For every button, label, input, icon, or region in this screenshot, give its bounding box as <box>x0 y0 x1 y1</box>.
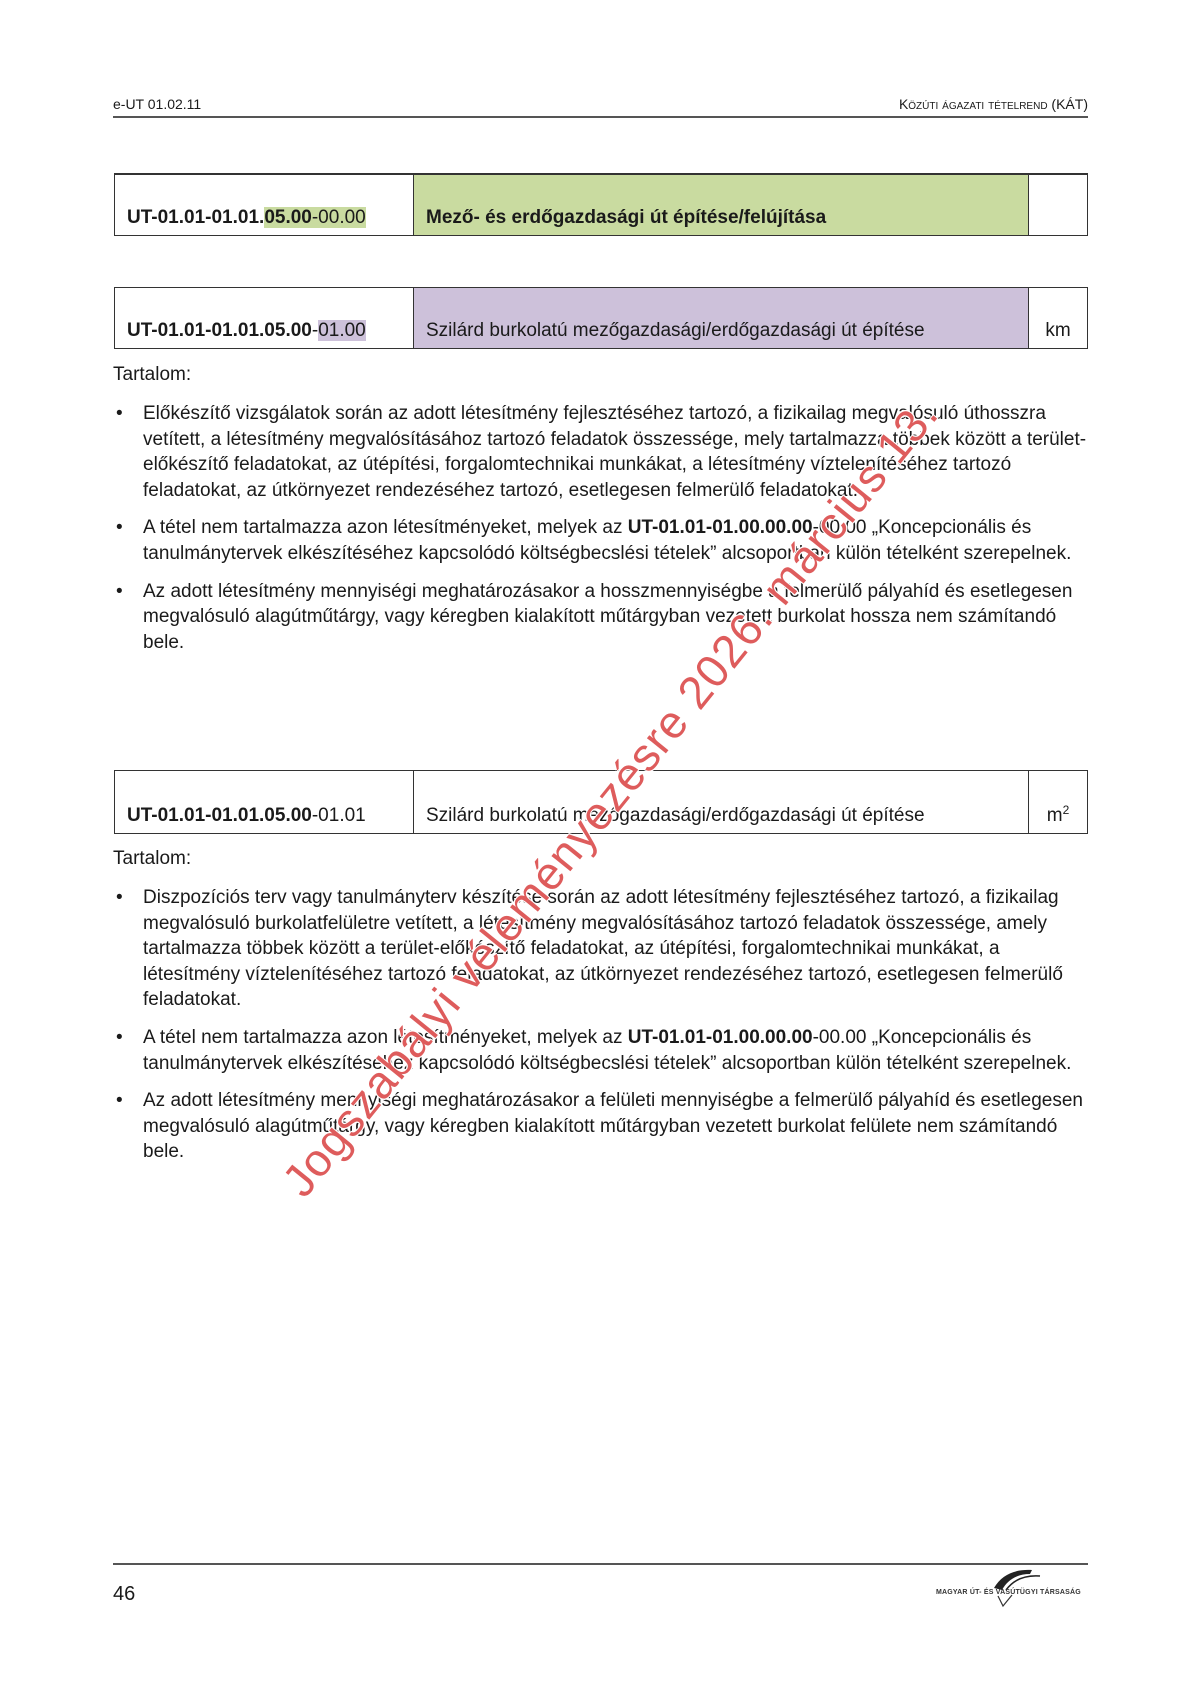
item-title: Mező- és erdőgazdasági út építése/felújí… <box>414 174 1029 236</box>
footer-divider <box>113 1563 1088 1565</box>
code-suffix: -01.01 <box>312 805 366 826</box>
content-label: Tartalom: <box>113 364 191 386</box>
list-item: Diszpozíciós terv vagy tanulmányterv kés… <box>113 885 1088 1013</box>
table-row: UT-01.01-01.01.05.00-01.01 Szilárd burko… <box>115 771 1088 834</box>
header-divider <box>113 116 1088 118</box>
code-highlight: 05.00 <box>264 207 312 228</box>
document-id: e-UT 01.02.11 <box>113 96 201 112</box>
list-item: Az adott létesítmény mennyiségi meghatár… <box>113 1088 1088 1165</box>
item-unit: km <box>1029 288 1088 349</box>
code-suffix: -00.00 <box>312 207 366 228</box>
item-code-table: UT-01.01-01.01.05.00-01.00 Szilárd burko… <box>114 287 1088 349</box>
table-row: UT-01.01-01.01.05.00-01.00 Szilárd burko… <box>115 288 1088 349</box>
list-item: A tétel nem tartalmazza azon létesítmény… <box>113 515 1088 566</box>
group-code-table: UT-01.01-01.01.05.00-00.00 Mező- és erdő… <box>114 173 1088 236</box>
item-title: Szilárd burkolatú mezőgazdasági/erdőgazd… <box>414 771 1029 834</box>
item-unit: m2 <box>1029 771 1088 834</box>
list-item: Előkészítő vizsgálatok során az adott lé… <box>113 401 1088 503</box>
content-list: Előkészítő vizsgálatok során az adott lé… <box>113 401 1088 667</box>
code-prefix: UT-01.01-01.01.05.00 <box>127 320 312 341</box>
item-code: UT-01.01-01.01.05.00-01.00 <box>115 288 414 349</box>
content-list: Diszpozíciós terv vagy tanulmányterv kés… <box>113 885 1088 1177</box>
list-item: Az adott létesítmény mennyiségi meghatár… <box>113 579 1088 656</box>
reference-code: UT-01.01-01.00.00.00 <box>628 1027 813 1048</box>
reference-code: UT-01.01-01.00.00.00 <box>628 517 813 538</box>
code-highlight: 01.00 <box>318 320 366 341</box>
page-header: e-UT 01.02.11 Közúti ágazati tételrend (… <box>113 96 1088 116</box>
road-swoosh-logo-icon <box>936 1566 1086 1610</box>
list-item: A tétel nem tartalmazza azon létesítmény… <box>113 1025 1088 1076</box>
content-label: Tartalom: <box>113 848 191 870</box>
item-code: UT-01.01-01.01.05.00-01.01 <box>115 771 414 834</box>
table-row: UT-01.01-01.01.05.00-00.00 Mező- és erdő… <box>115 174 1088 236</box>
publisher-name: MAGYAR ÚT- ÉS VASÚTÜGYI TÁRSASÁG <box>936 1589 1081 1596</box>
item-code-table: UT-01.01-01.01.05.00-01.01 Szilárd burko… <box>114 770 1088 834</box>
document-title: Közúti ágazati tételrend (KÁT) <box>899 96 1088 112</box>
code-prefix: UT-01.01-01.01.05.00 <box>127 805 312 826</box>
code-prefix: UT-01.01-01.01. <box>127 207 264 228</box>
publisher-logo: MAGYAR ÚT- ÉS VASÚTÜGYI TÁRSASÁG <box>936 1566 1086 1610</box>
item-title: Szilárd burkolatú mezőgazdasági/erdőgazd… <box>414 288 1029 349</box>
item-unit <box>1029 174 1088 236</box>
item-code: UT-01.01-01.01.05.00-00.00 <box>115 174 414 236</box>
page-number: 46 <box>113 1583 135 1606</box>
